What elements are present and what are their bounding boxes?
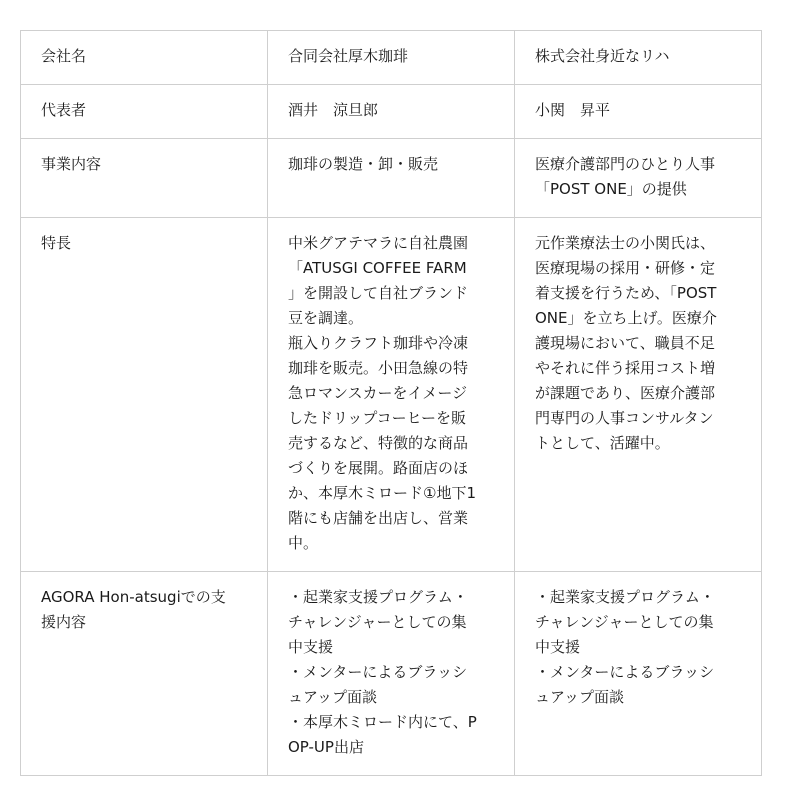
table-row-features: 特長 中米グアテマラに自社農園 「ATUSGI COFFEE FARM 」を開設… xyxy=(21,218,762,572)
table-row-business: 事業内容 珈琲の製造・卸・販売 医療介護部門のひとり人事 「POST ONE」の… xyxy=(21,139,762,218)
table-row-company-name: 会社名 合同会社厚木珈琲 株式会社身近なリハ xyxy=(21,31,762,85)
cell-features-2: 元作業療法士の小関氏は、 医療現場の採用・研修・定 着支援を行うため、「POST… xyxy=(515,218,762,572)
cell-representative-2: 小関 昇平 xyxy=(515,85,762,139)
cell-business-1: 珈琲の製造・卸・販売 xyxy=(268,139,515,218)
cell-company-name-1: 合同会社厚木珈琲 xyxy=(268,31,515,85)
row-label-support: AGORA Hon-atsugiでの支 援内容 xyxy=(21,572,268,776)
row-label-features: 特長 xyxy=(21,218,268,572)
cell-representative-1: 酒井 涼旦郎 xyxy=(268,85,515,139)
row-label-representative: 代表者 xyxy=(21,85,268,139)
company-comparison-table: 会社名 合同会社厚木珈琲 株式会社身近なリハ 代表者 酒井 涼旦郎 小関 昇平 … xyxy=(20,30,762,776)
cell-company-name-2: 株式会社身近なリハ xyxy=(515,31,762,85)
table-row-support: AGORA Hon-atsugiでの支 援内容 ・起業家支援プログラム・ チャレ… xyxy=(21,572,762,776)
cell-business-2: 医療介護部門のひとり人事 「POST ONE」の提供 xyxy=(515,139,762,218)
cell-support-2: ・起業家支援プログラム・ チャレンジャーとしての集 中支援 ・メンターによるブラ… xyxy=(515,572,762,776)
row-label-company-name: 会社名 xyxy=(21,31,268,85)
cell-features-1: 中米グアテマラに自社農園 「ATUSGI COFFEE FARM 」を開設して自… xyxy=(268,218,515,572)
table-row-representative: 代表者 酒井 涼旦郎 小関 昇平 xyxy=(21,85,762,139)
cell-support-1: ・起業家支援プログラム・ チャレンジャーとしての集 中支援 ・メンターによるブラ… xyxy=(268,572,515,776)
row-label-business: 事業内容 xyxy=(21,139,268,218)
